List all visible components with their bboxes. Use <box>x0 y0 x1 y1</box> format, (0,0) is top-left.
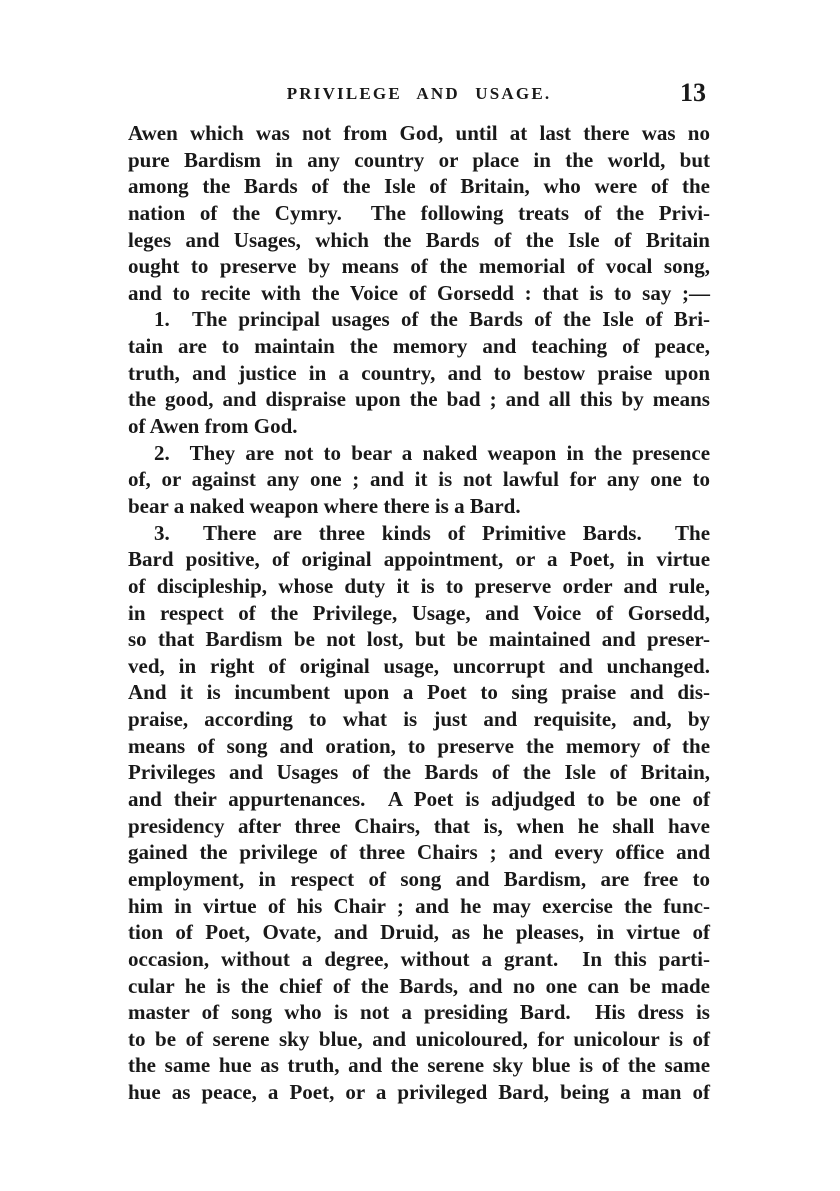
text-line: to be of serene sky blue, and unicoloure… <box>128 1026 710 1053</box>
text-line: the same hue as truth, and the serene sk… <box>128 1052 710 1079</box>
text-line: ought to preserve by means of the memori… <box>128 253 710 280</box>
text-line: leges and Usages, which the Bards of the… <box>128 227 710 254</box>
text-line: him in virtue of his Chair ; and he may … <box>128 893 710 920</box>
body-text: Awen which was not from God, until at la… <box>128 120 710 1106</box>
text-line: Bard positive, of original appointment, … <box>128 546 710 573</box>
text-line: And it is incumbent upon a Poet to sing … <box>128 679 710 706</box>
text-line: pure Bardism in any country or place in … <box>128 147 710 174</box>
text-line: praise, according to what is just and re… <box>128 706 710 733</box>
text-line: and to recite with the Voice of Gorsedd … <box>128 280 710 307</box>
paragraph: 2. They are not to bear a naked weapon i… <box>128 440 710 520</box>
paragraph: 3. There are three kinds of Primitive Ba… <box>128 520 710 1106</box>
paragraph: 1. The principal usages of the Bards of … <box>128 306 710 439</box>
text-line: means of song and oration, to preserve t… <box>128 733 710 760</box>
text-line: hue as peace, a Poet, or a privileged Ba… <box>128 1079 710 1106</box>
text-line: bear a naked weapon where there is a Bar… <box>128 493 710 520</box>
text-line: cular he is the chief of the Bards, and … <box>128 973 710 1000</box>
text-line: among the Bards of the Isle of Britain, … <box>128 173 710 200</box>
text-line: of, or against any one ; and it is not l… <box>128 466 710 493</box>
paragraph: Awen which was not from God, until at la… <box>128 120 710 306</box>
text-line: and their appurtenances. A Poet is adjud… <box>128 786 710 813</box>
text-line: gained the privilege of three Chairs ; a… <box>128 839 710 866</box>
text-line: truth, and justice in a country, and to … <box>128 360 710 387</box>
running-head-title: PRIVILEGE AND USAGE. <box>128 85 710 102</box>
text-line: ved, in right of original usage, uncorru… <box>128 653 710 680</box>
text-line: the good, and dispraise upon the bad ; a… <box>128 386 710 413</box>
text-line: occasion, without a degree, without a gr… <box>128 946 710 973</box>
text-line: Privileges and Usages of the Bards of th… <box>128 759 710 786</box>
text-line: employment, in respect of song and Bardi… <box>128 866 710 893</box>
text-line: nation of the Cymry. The following treat… <box>128 200 710 227</box>
text-line: 2. They are not to bear a naked weapon i… <box>128 440 710 467</box>
text-line: of discipleship, whose duty it is to pre… <box>128 573 710 600</box>
text-line: tion of Poet, Ovate, and Druid, as he pl… <box>128 919 710 946</box>
text-line: 1. The principal usages of the Bards of … <box>128 306 710 333</box>
text-line: tain are to maintain the memory and teac… <box>128 333 710 360</box>
text-line: presidency after three Chairs, that is, … <box>128 813 710 840</box>
text-line: master of song who is not a presiding Ba… <box>128 999 710 1026</box>
text-line: of Awen from God. <box>128 413 710 440</box>
text-line: Awen which was not from God, until at la… <box>128 120 710 147</box>
book-page: PRIVILEGE AND USAGE. 13 Awen which was n… <box>0 0 840 1191</box>
text-line: so that Bardism be not lost, but be main… <box>128 626 710 653</box>
text-line: in respect of the Privilege, Usage, and … <box>128 600 710 627</box>
page-number: 13 <box>672 80 706 106</box>
text-line: 3. There are three kinds of Primitive Ba… <box>128 520 710 547</box>
